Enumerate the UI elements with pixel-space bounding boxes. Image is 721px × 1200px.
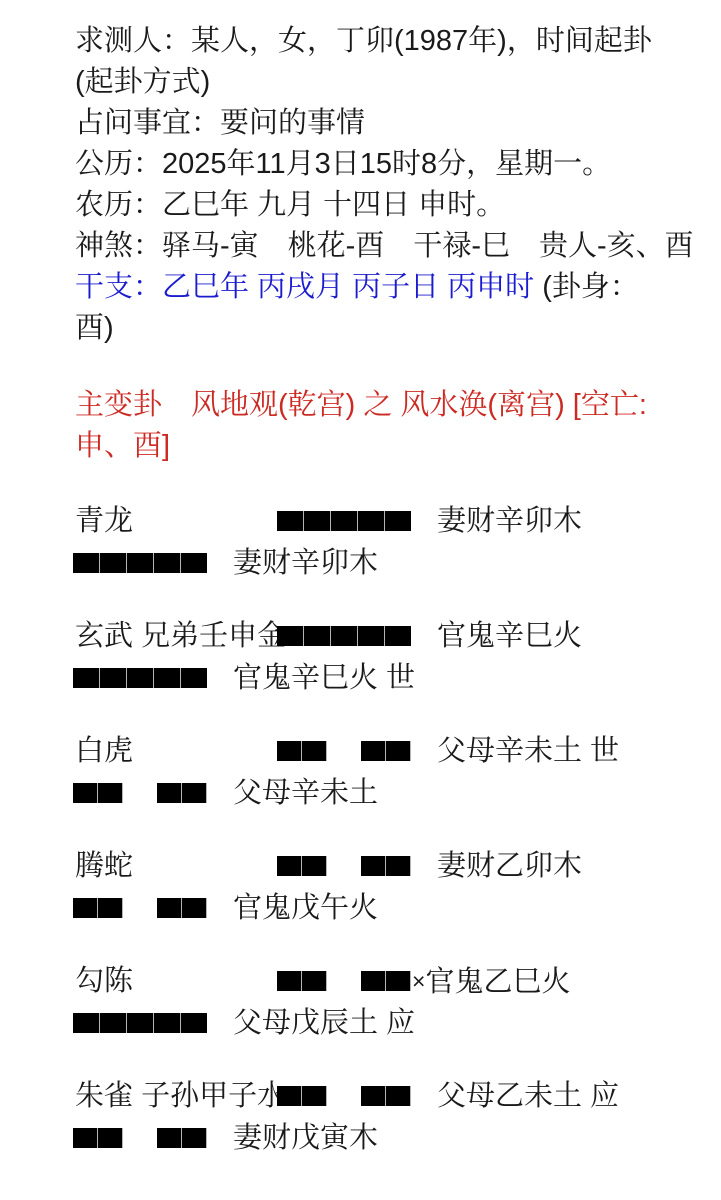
casting-method-line: (起卦方式) xyxy=(75,62,721,103)
yao-row-6: 青龙 妻财辛卯木 妻财辛卯木 xyxy=(75,500,721,584)
main-line-label: 父母戊辰土 应 xyxy=(233,1002,415,1044)
six-spirit-label: 腾蛇 xyxy=(75,845,133,887)
gua-shen-value: 酉) xyxy=(75,308,721,349)
changed-line-label: ×官鬼乙巳火 xyxy=(412,960,570,1003)
yao-bar-lower xyxy=(73,783,207,803)
yao-upper-line: 玄武 兄弟壬申金 官鬼辛巳火 xyxy=(75,615,721,657)
gua-shen-prefix: (卦身： xyxy=(534,271,639,303)
yao-bar-lower xyxy=(73,1128,207,1148)
six-spirit-label: 白虎 xyxy=(75,730,133,772)
gregorian-date-line: 公历：2025年11月3日15时8分，星期一。 xyxy=(75,144,721,185)
changed-line-label: 父母辛未土 世 xyxy=(437,730,619,772)
six-spirit-label: 玄武 兄弟壬申金 xyxy=(75,615,286,657)
yao-row-1: 朱雀 子孙甲子水 父母乙未土 应 妻财戊寅木 xyxy=(75,1075,721,1159)
hexagram-title-line2: 申、酉] xyxy=(75,426,721,467)
lunar-date-line: 农历：乙巳年 九月 十四日 申时。 xyxy=(75,185,721,226)
hexagram-diagram: 青龙 妻财辛卯木 妻财辛卯木 玄武 兄弟壬申金 官鬼辛巳火 官鬼辛巳火 世 xyxy=(75,500,721,1159)
yao-lower-line: 妻财戊寅木 xyxy=(75,1117,721,1159)
six-spirit-label: 朱雀 子孙甲子水 xyxy=(75,1075,286,1117)
yao-row-4: 白虎 父母辛未土 世 父母辛未土 xyxy=(75,730,721,814)
main-line-label: 妻财辛卯木 xyxy=(233,542,378,584)
main-line-label: 官鬼戊午火 xyxy=(233,887,378,929)
yao-bar-lower xyxy=(73,668,207,688)
yao-lower-line: 妻财辛卯木 xyxy=(75,542,721,584)
yao-upper-line: 腾蛇 妻财乙卯木 xyxy=(75,845,721,887)
main-line-label: 妻财戊寅木 xyxy=(233,1117,378,1159)
seeker-info-line: 求测人：某人，女，丁卯(1987年)，时间起卦 xyxy=(75,21,721,62)
divination-report: 求测人：某人，女，丁卯(1987年)，时间起卦 (起卦方式) 占问事宜：要问的事… xyxy=(0,0,721,1159)
yao-bar-upper xyxy=(277,1086,411,1106)
yao-upper-line: 青龙 妻财辛卯木 xyxy=(75,500,721,542)
hexagram-title-line1: 主变卦 风地观(乾宫) 之 风水涣(离宫) [空亡: xyxy=(75,385,721,426)
yao-row-3: 腾蛇 妻财乙卯木 官鬼戊午火 xyxy=(75,845,721,929)
original-line-label: 子孙甲子水 xyxy=(141,1080,286,1112)
yao-bar-upper xyxy=(277,511,411,531)
changed-line-label: 妻财乙卯木 xyxy=(437,845,582,887)
yao-bar-upper xyxy=(277,971,411,991)
ganzhi-pillars: 干支：乙巳年 丙戌月 丙子日 丙申时 xyxy=(75,271,534,303)
yao-row-2: 勾陈 ×官鬼乙巳火 父母戊辰土 应 xyxy=(75,960,721,1044)
six-spirit-label: 青龙 xyxy=(75,500,133,542)
yao-bar-lower xyxy=(73,1013,207,1033)
yao-upper-line: 朱雀 子孙甲子水 父母乙未土 应 xyxy=(75,1075,721,1117)
moving-line-marker: × xyxy=(412,968,425,994)
ganzhi-line: 干支：乙巳年 丙戌月 丙子日 丙申时 (卦身： xyxy=(75,267,721,308)
yao-lower-line: 官鬼辛巳火 世 xyxy=(75,657,721,699)
question-line: 占问事宜：要问的事情 xyxy=(75,103,721,144)
yao-bar-upper xyxy=(277,626,411,646)
yao-upper-line: 白虎 父母辛未土 世 xyxy=(75,730,721,772)
changed-line-label: 官鬼辛巳火 xyxy=(437,615,582,657)
six-spirit-label: 勾陈 xyxy=(75,960,133,1002)
yao-bar-lower xyxy=(73,553,207,573)
changed-line-label: 父母乙未土 应 xyxy=(437,1075,619,1117)
main-line-label: 官鬼辛巳火 世 xyxy=(233,657,415,699)
yao-lower-line: 父母戊辰土 应 xyxy=(75,1002,721,1044)
yao-row-5: 玄武 兄弟壬申金 官鬼辛巳火 官鬼辛巳火 世 xyxy=(75,615,721,699)
yao-lower-line: 父母辛未土 xyxy=(75,772,721,814)
yao-upper-line: 勾陈 ×官鬼乙巳火 xyxy=(75,960,721,1002)
main-line-label: 父母辛未土 xyxy=(233,772,378,814)
original-line-label: 兄弟壬申金 xyxy=(141,620,286,652)
changed-line-label: 妻财辛卯木 xyxy=(437,500,582,542)
yao-bar-upper xyxy=(277,741,411,761)
yao-lower-line: 官鬼戊午火 xyxy=(75,887,721,929)
yao-bar-lower xyxy=(73,898,207,918)
shensha-line: 神煞：驿马-寅 桃花-酉 干禄-巳 贵人-亥、酉 xyxy=(75,226,721,267)
yao-bar-upper xyxy=(277,856,411,876)
hexagram-title: 主变卦 风地观(乾宫) 之 风水涣(离宫) [空亡: 申、酉] xyxy=(75,385,721,467)
